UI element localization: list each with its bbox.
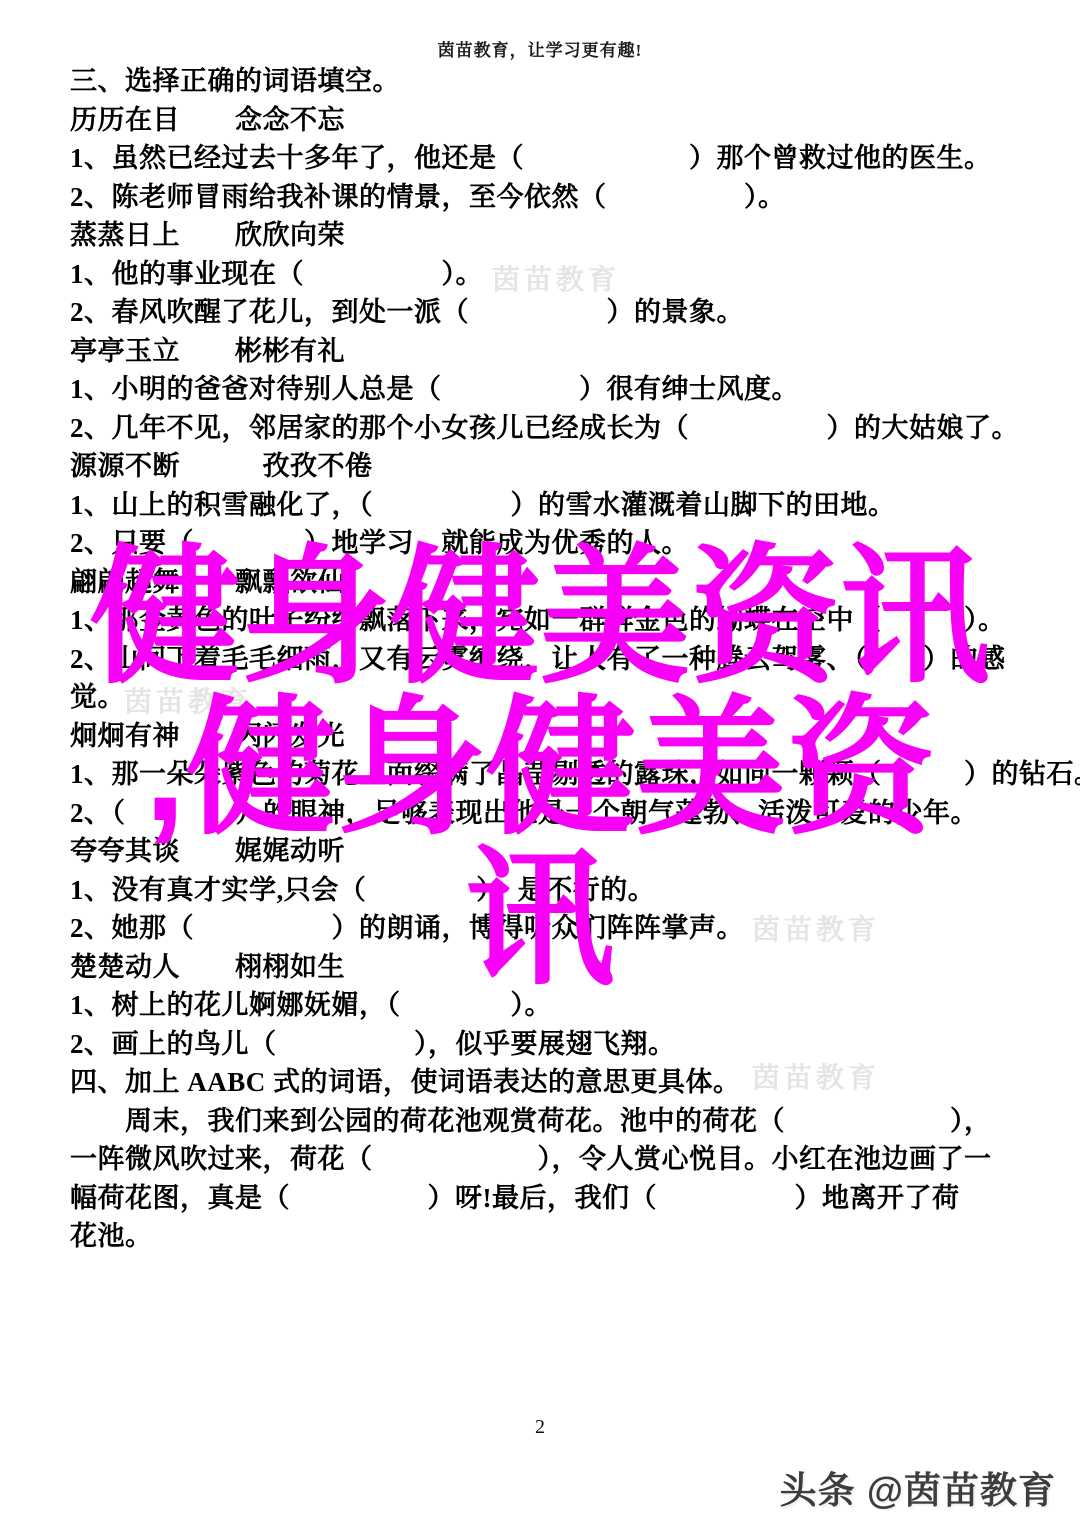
worksheet-line: 1、他的事业现在（ ）。 bbox=[70, 255, 1045, 294]
worksheet-page: 三、选择正确的词语填空。 历历在目 念念不忘 1、虽然已经过去十多年了，他还是（… bbox=[70, 62, 1045, 1256]
worksheet-line: 2、陈老师冒雨给我补课的情景，至今依然（ ）。 bbox=[70, 178, 1045, 217]
word-pair: 翩翩起舞 飘飘欲仙 bbox=[70, 563, 1045, 602]
worksheet-line: 1、没有真才实学,只会（ ），是不行的。 bbox=[70, 871, 1045, 910]
word-pair: 亭亭玉立 彬彬有礼 bbox=[70, 332, 1045, 371]
worksheet-line: 1、树上的花儿婀娜妩媚，（ ）。 bbox=[70, 986, 1045, 1025]
worksheet-line: 1、那金黄色的叶子纷纷飘落下来，宛如一群群金色的蝴蝶在空中（ ）。 bbox=[70, 601, 1045, 640]
section-heading: 三、选择正确的词语填空。 bbox=[70, 62, 1045, 101]
worksheet-line: 2、只要（ ）地学习，就能成为优秀的人。 bbox=[70, 524, 1045, 563]
worksheet-line: 2、春风吹醒了花儿，到处一派（ ）的景象。 bbox=[70, 293, 1045, 332]
worksheet-line: 2、她那（ ）的朗诵，博得听众们阵阵掌声。 bbox=[70, 909, 1045, 948]
word-pair: 炯炯有神 闪闪发光 bbox=[70, 717, 1045, 756]
worksheet-line: 2、几年不见，邻居家的那个小女孩儿已经成长为（ ）的大姑娘了。 bbox=[70, 409, 1045, 448]
section-heading: 四、加上 AABC 式的词语，使词语表达的意思更具体。 bbox=[70, 1063, 1045, 1102]
word-pair: 夸夸其谈 娓娓动听 bbox=[70, 832, 1045, 871]
worksheet-line: 1、小明的爸爸对待别人总是（ ）很有绅士风度。 bbox=[70, 370, 1045, 409]
header-slogan: 茵苗教育，让学习更有趣! bbox=[0, 36, 1080, 61]
worksheet-line: 一阵微风吹过来，荷花（ ），令人赏心悦目。小红在池边画了一 bbox=[70, 1140, 1045, 1179]
worksheet-line: 花池。 bbox=[70, 1217, 1045, 1256]
worksheet-line: 2、画上的鸟儿（ ），似乎要展翅飞翔。 bbox=[70, 1025, 1045, 1064]
worksheet-line: 周末，我们来到公园的荷花池观赏荷花。池中的荷花（ ）， bbox=[70, 1102, 1045, 1141]
page-number: 2 bbox=[0, 1416, 1080, 1439]
worksheet-line: 1、那一朵朵紫色的菊花上面缀满了晶莹剔透的露珠，如同一颗颗（ ）的钻石。 bbox=[70, 755, 1045, 794]
word-pair: 历历在目 念念不忘 bbox=[70, 101, 1045, 140]
word-pair: 楚楚动人 栩栩如生 bbox=[70, 948, 1045, 987]
word-pair: 蒸蒸日上 欣欣向荣 bbox=[70, 216, 1045, 255]
worksheet-line: 2、山间下着毛毛细雨，又有云雾缭绕，让人有了一种腾云驾雾、（ ）的感 bbox=[70, 640, 1045, 679]
worksheet-line: 幅荷花图，真是（ ）呀!最后，我们（ ）地离开了荷 bbox=[70, 1179, 1045, 1218]
word-pair: 源源不断 孜孜不倦 bbox=[70, 447, 1045, 486]
worksheet-line: 1、山上的积雪融化了，（ ）的雪水灌溉着山脚下的田地。 bbox=[70, 486, 1045, 525]
toutiao-channel-watermark: 头条 @茵苗教育 bbox=[780, 1460, 1056, 1514]
worksheet-line: 觉。 bbox=[70, 678, 1045, 717]
worksheet-line: 1、虽然已经过去十多年了，他还是（ ）那个曾救过他的医生。 bbox=[70, 139, 1045, 178]
worksheet-line: 2、（ ）的眼神，足够表现出他是一个朝气蓬勃、活泼可爱的少年。 bbox=[70, 794, 1045, 833]
